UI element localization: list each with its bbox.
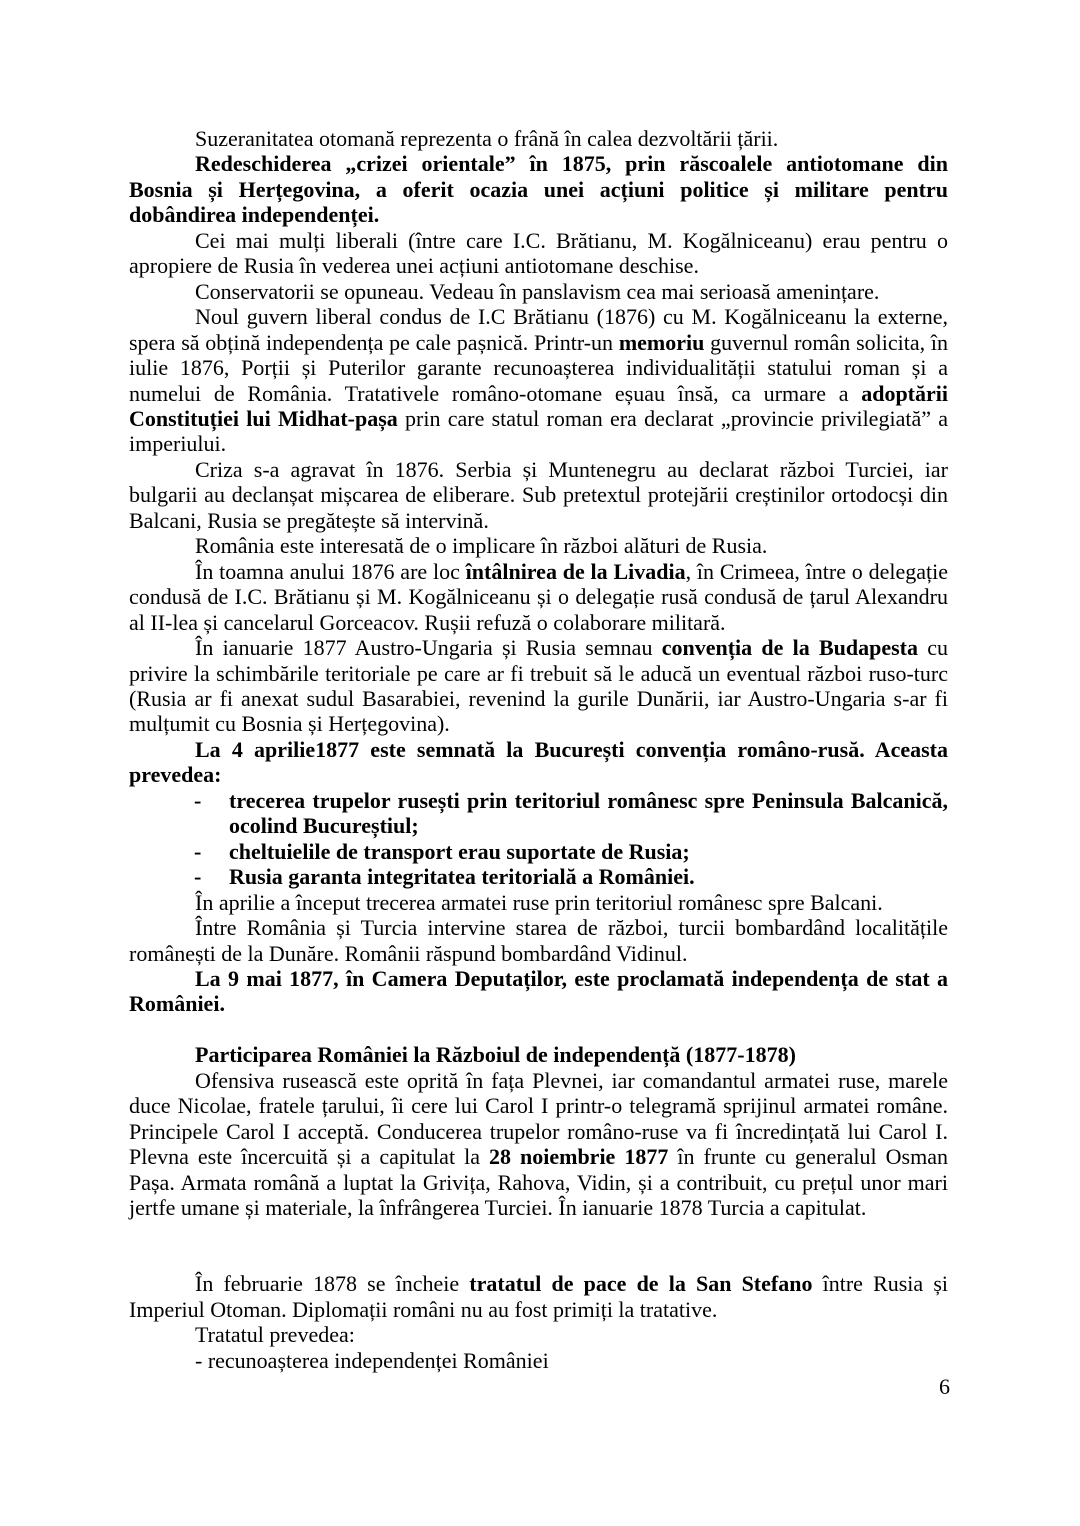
bullet-item: -Rusia garanta integritatea teritorială … [129,864,948,889]
text-run: Cei mai mulți liberali (între care I.C. … [129,228,948,278]
paragraph: - recunoașterea independenței României [129,1348,948,1373]
spacer [129,1220,948,1271]
text-run: La 4 aprilie1877 este semnată la Bucureș… [129,737,948,787]
bullet-item: -cheltuielile de transport erau suportat… [129,839,948,864]
paragraph: La 9 mai 1877, în Camera Deputaților, es… [129,966,948,1017]
text-run: Redeschiderea „crizei orientale” în 1875… [129,151,948,227]
paragraph: România este interesată de o implicare î… [129,533,948,558]
page-number: 6 [939,1374,950,1399]
paragraph: În ianuarie 1877 Austro-Ungaria și Rusia… [129,635,948,737]
text-run: Rusia garanta integritatea teritorială a… [229,864,695,889]
document-content: Suzeranitatea otomană reprezenta o frână… [129,126,948,1373]
text-run: Suzeranitatea otomană reprezenta o frână… [195,126,778,151]
bullet-marker-icon: - [194,788,201,813]
document-page: Suzeranitatea otomană reprezenta o frână… [0,0,1080,1526]
text-run: Conservatorii se opuneau. Vedeau în pans… [195,279,879,304]
bullet-item: -trecerea trupelor rusești prin teritori… [129,788,948,839]
text-run: În aprilie a început trecerea armatei ru… [195,890,883,915]
paragraph: Tratatul prevedea: [129,1322,948,1347]
text-run: convenția de la Budapesta [662,635,918,660]
paragraph: Conservatorii se opuneau. Vedeau în pans… [129,279,948,304]
text-run: Tratatul prevedea: [195,1322,355,1347]
text-run: cheltuielile de transport erau suportate… [229,839,690,864]
text-run: În toamna anului 1876 are loc [195,559,466,584]
text-run: 28 noiembrie 1877 [489,1144,668,1169]
paragraph: Suzeranitatea otomană reprezenta o frână… [129,126,948,151]
text-run: Între România și Turcia intervine starea… [129,915,948,965]
paragraph: Noul guvern liberal condus de I.C Brătia… [129,304,948,457]
paragraph: Criza s-a agravat în 1876. Serbia și Mun… [129,457,948,533]
paragraph: Ofensiva rusească este oprită în fața Pl… [129,1068,948,1221]
text-run: La 9 mai 1877, în Camera Deputaților, es… [129,966,948,1016]
text-run: Participarea României la Războiul de ind… [195,1042,796,1067]
paragraph: În toamna anului 1876 are loc întâlnirea… [129,559,948,635]
text-run: România este interesată de o implicare î… [195,533,767,558]
paragraph: Cei mai mulți liberali (între care I.C. … [129,228,948,279]
text-run: întâlnirea de la Livadia [466,559,686,584]
text-run: - recunoașterea independenței României [195,1348,549,1373]
paragraph: La 4 aprilie1877 este semnată la Bucureș… [129,737,948,788]
text-run: În februarie 1878 se încheie [195,1271,469,1296]
text-run: memoriu [619,330,705,355]
spacer [129,1017,948,1042]
section-heading: Participarea României la Războiul de ind… [129,1042,948,1067]
paragraph: Între România și Turcia intervine starea… [129,915,948,966]
text-run: trecerea trupelor rusești prin teritoriu… [229,788,948,838]
paragraph: În februarie 1878 se încheie tratatul de… [129,1271,948,1322]
bullet-marker-icon: - [194,839,201,864]
text-run: Criza s-a agravat în 1876. Serbia și Mun… [129,457,948,533]
text-run: tratatul de pace de la San Stefano [469,1271,812,1296]
paragraph: Redeschiderea „crizei orientale” în 1875… [129,151,948,227]
bullet-marker-icon: - [194,864,201,889]
text-run: În ianuarie 1877 Austro-Ungaria și Rusia… [195,635,662,660]
paragraph: În aprilie a început trecerea armatei ru… [129,890,948,915]
